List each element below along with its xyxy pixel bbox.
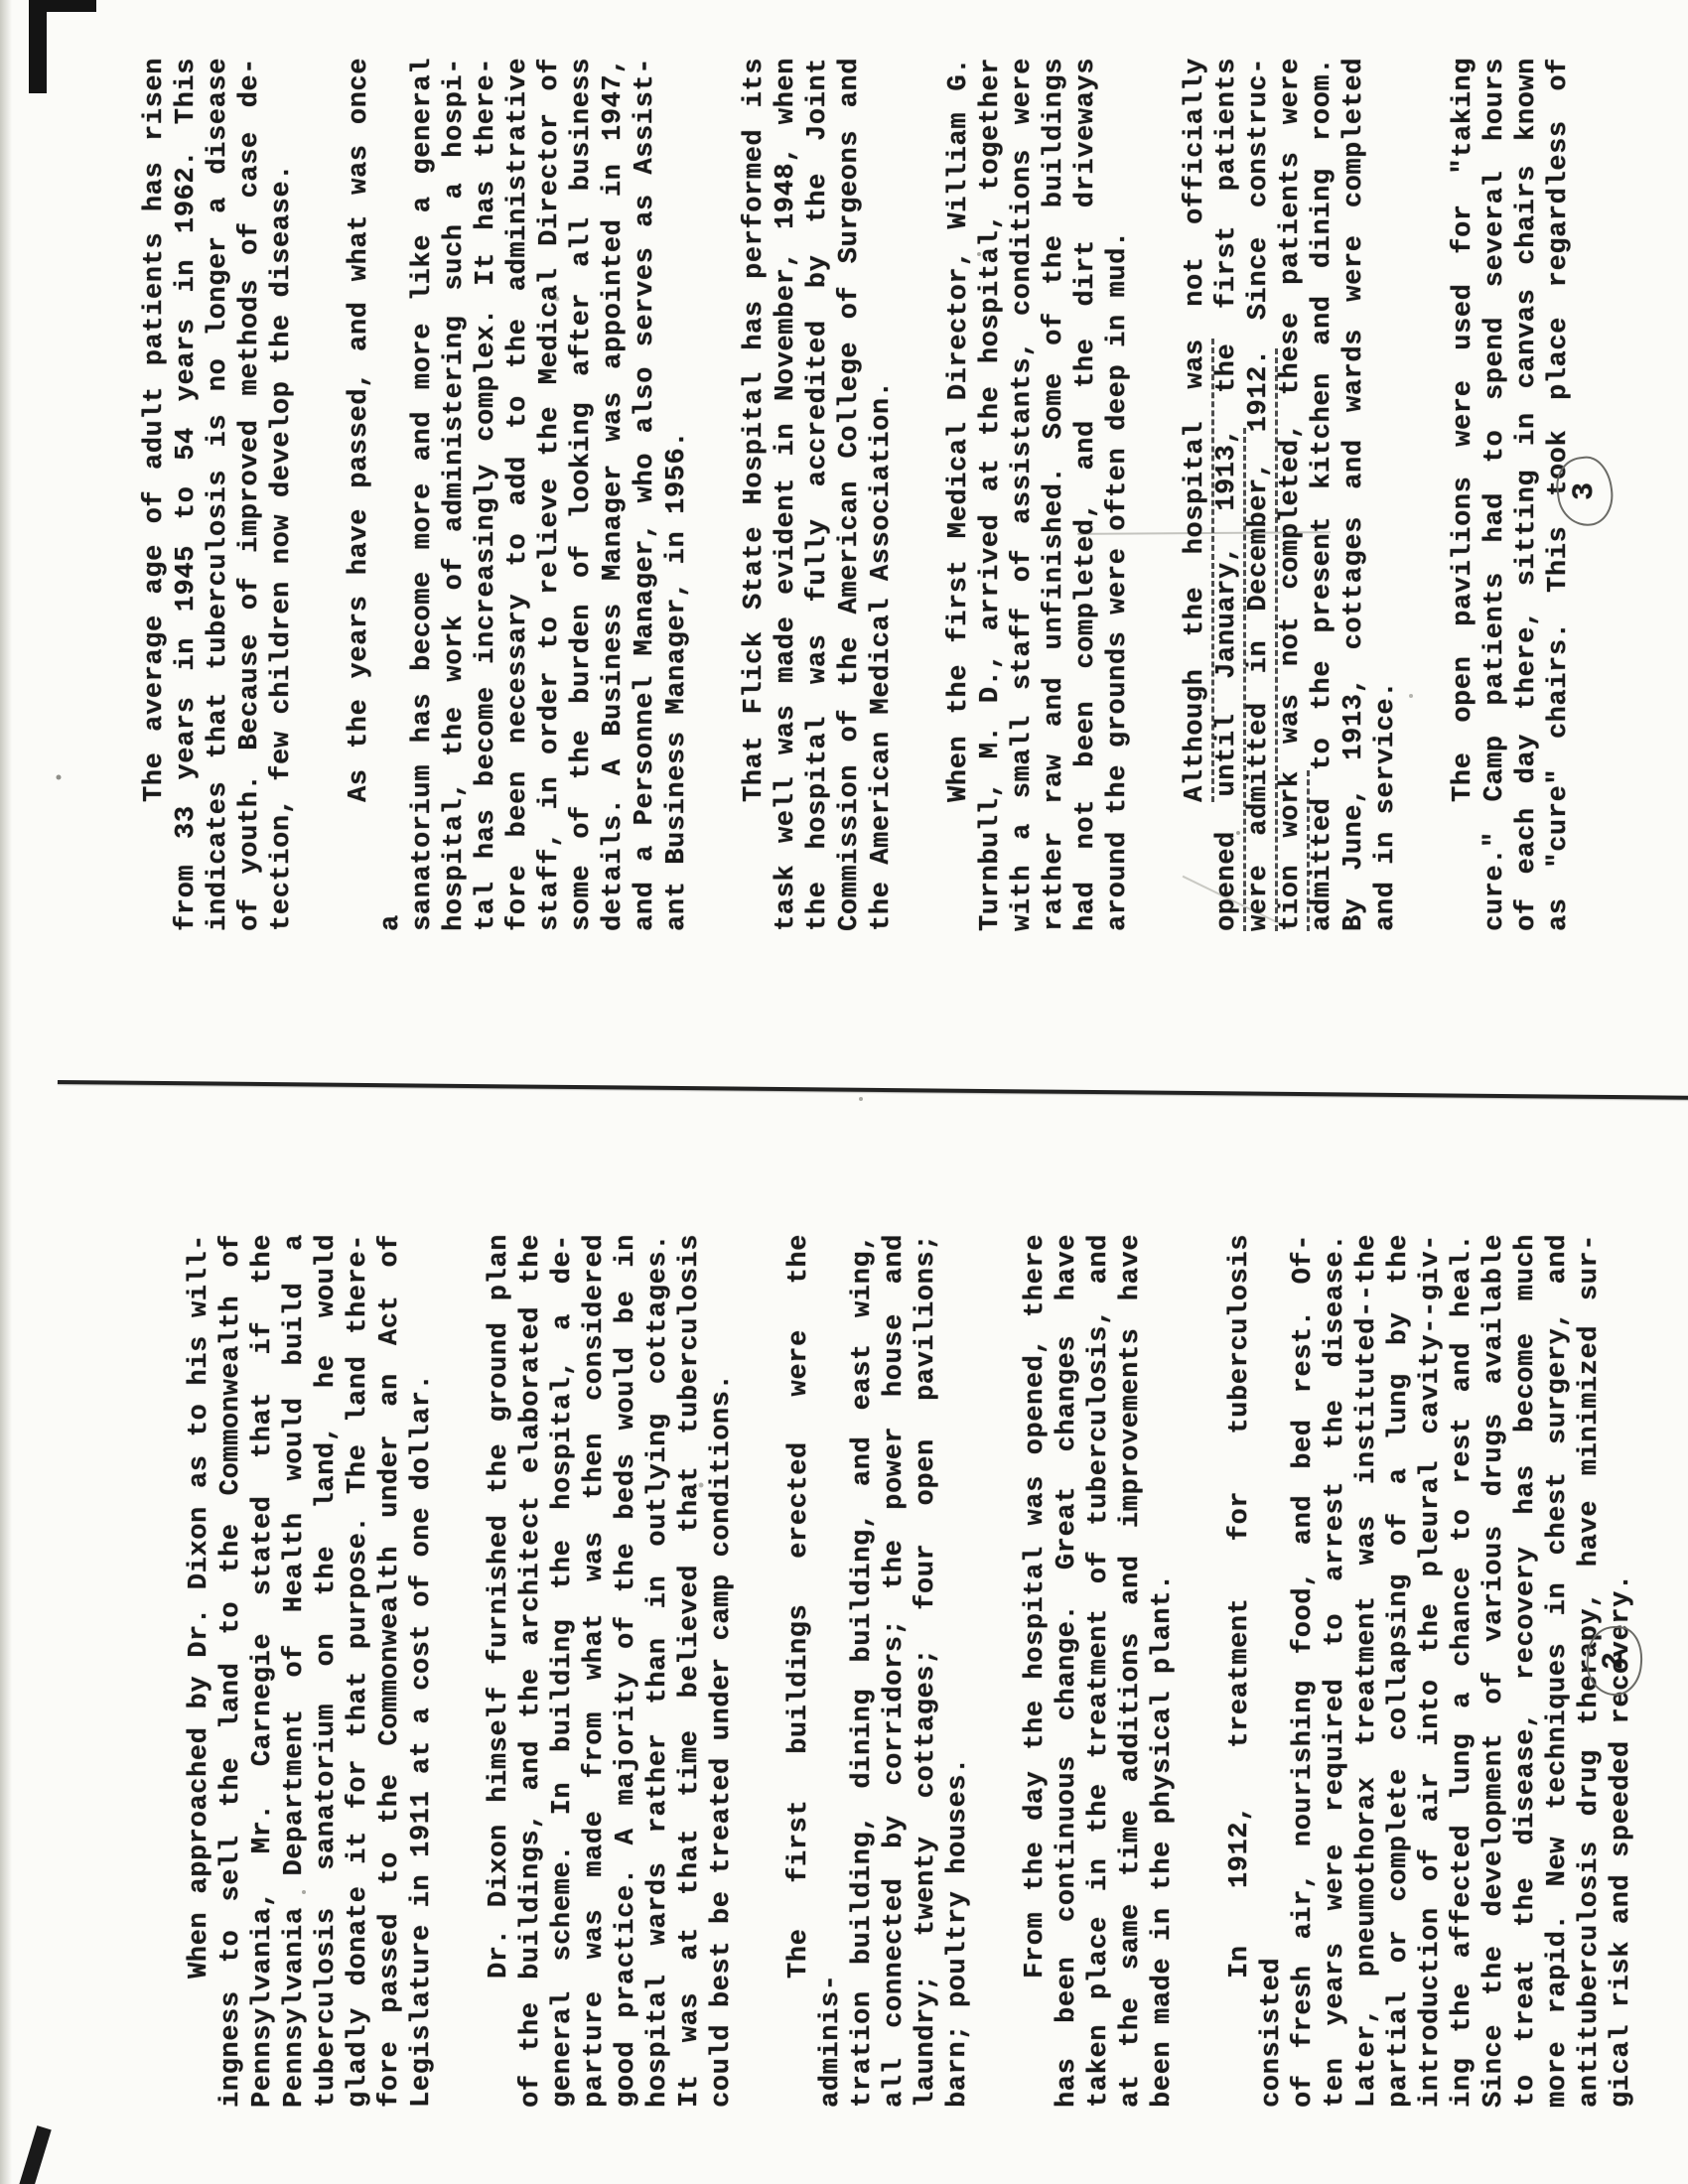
- text-line: of the buildings, and the architect elab…: [515, 1234, 547, 2108]
- scan-edge-shadow: [0, 0, 12, 2184]
- text-segment: As the years have passed, and what was o…: [345, 58, 406, 931]
- text-line: ingness to sell the land to the Commonwe…: [215, 1234, 247, 2108]
- text-segment: taken place in the treatment of tubercul…: [1084, 1234, 1114, 2108]
- page-3: The average age of adult patients has ri…: [139, 58, 1688, 931]
- page-number: 2: [1600, 1652, 1629, 1671]
- text-segment: of fresh air, nourishing food, and bed r…: [1289, 1234, 1319, 2108]
- paragraph: When approached by Dr. Dixon as to his w…: [184, 1234, 438, 2108]
- text-line: from 33 years in 1945 to 54 years in 196…: [171, 58, 203, 931]
- text-line: Since the development of various drugs a…: [1478, 1234, 1510, 2108]
- text-segment: In 1912, treatment for tuberculosis cons…: [1225, 1234, 1287, 2108]
- text-segment: tection, few children now develop the di…: [267, 164, 297, 931]
- text-segment: Pennsylvania Department of Health would …: [280, 1234, 310, 2108]
- text-line: cure." Camp patients had to spend severa…: [1479, 58, 1511, 931]
- text-segment: partial or complete collapsing of a lung…: [1384, 1234, 1414, 2108]
- text-segment: to treat the disease, recovery has becom…: [1511, 1234, 1541, 2108]
- text-segment: When the first Medical Director, William…: [944, 58, 974, 802]
- text-line: tuberculosis sanatorium on the land, he …: [311, 1234, 343, 2108]
- text-line: all connected by corridors; the power ho…: [879, 1234, 911, 2108]
- text-segment: and in service.: [1371, 681, 1401, 931]
- text-line: That Flick State Hospital has performed …: [739, 58, 771, 931]
- text-segment: with a small staff of assistants, condit…: [1008, 58, 1038, 931]
- scan-corner-mark: [29, 0, 47, 93]
- text-segment: When approached by Dr. Dixon as to his w…: [185, 1234, 214, 1979]
- text-line: The average age of adult patients has ri…: [139, 58, 171, 931]
- text-line: hospital wards rather than in outlying c…: [642, 1234, 674, 2108]
- text-segment: general scheme. In building the hospital…: [548, 1234, 578, 2108]
- text-line: It was at that time believed that tuberc…: [674, 1234, 706, 2108]
- text-segment: of each day there, sitting in canvas cha…: [1512, 58, 1542, 931]
- text-segment: good practice. A majority of the beds wo…: [612, 1234, 641, 2108]
- text-segment: the hospital was fully accredited by the…: [803, 58, 833, 931]
- text-line: ten years were required to arrest the di…: [1320, 1234, 1351, 2108]
- text-segment: has been continuous change. Great change…: [1053, 1234, 1082, 2108]
- text-segment: Legislature in 1911 at a cost of one dol…: [407, 1374, 437, 2108]
- text-segment: from 33 years in 1945 to 54 years in 196…: [172, 58, 202, 931]
- text-line: staff, in order to relieve the Medical D…: [534, 58, 566, 931]
- text-segment: Turnbull, M. D., arrived at the hospital…: [976, 58, 1006, 931]
- text-segment: Pennsylvania, Mr. Carnegie stated that i…: [248, 1234, 278, 2108]
- text-segment: The first buildings erected were the adm…: [784, 1234, 846, 2108]
- text-line: ing the affected lung a chance to rest a…: [1447, 1234, 1478, 2108]
- text-line: tration building, dining building, and e…: [847, 1234, 879, 2108]
- text-segment: indicates that tuberculosis is no longer…: [204, 58, 233, 931]
- text-line: From the day the hospital was opened, th…: [1020, 1234, 1052, 2108]
- text-line: task well was made evident in November, …: [771, 58, 802, 931]
- text-line: barn; poultry houses.: [942, 1234, 974, 2108]
- text-segment: hospital, the work of administering such…: [440, 58, 470, 931]
- pen-underline: opened until January, 1913,: [1212, 428, 1246, 931]
- text-line: Pennsylvania, Mr. Carnegie stated that i…: [247, 1234, 279, 2108]
- text-segment: rather raw and unfinished. Some of the b…: [1040, 58, 1069, 931]
- text-segment: sanatorium has become more and more like…: [408, 58, 438, 931]
- text-line: laundry; twenty cottages; four open pavi…: [911, 1234, 942, 2108]
- text-segment: By June, 1913, cottages and wards were c…: [1339, 58, 1369, 931]
- text-line: In 1912, treatment for tuberculosis cons…: [1224, 1234, 1288, 2108]
- text-line: Turnbull, M. D., arrived at the hospital…: [975, 58, 1007, 931]
- text-line: more rapid. New techniques in chest surg…: [1542, 1234, 1574, 2108]
- text-line: tal has become increasingly complex. It …: [471, 58, 502, 931]
- paragraph: The average age of adult patients has ri…: [139, 58, 298, 931]
- page-text: The average age of adult patients has ri…: [139, 58, 1575, 931]
- text-segment: details. A Business Manager was appointe…: [599, 58, 629, 931]
- text-line: general scheme. In building the hospital…: [547, 1234, 579, 2108]
- paragraph: Dr. Dixon himself furnished the ground p…: [484, 1234, 738, 2108]
- text-line: the hospital was fully accredited by the…: [802, 58, 834, 931]
- text-line: has been continuous change. Great change…: [1052, 1234, 1083, 2108]
- text-segment: The average age of adult patients has ri…: [140, 58, 170, 802]
- text-line: opened until January, 1913, the first pa…: [1211, 58, 1243, 931]
- text-segment: more rapid. New techniques in chest surg…: [1543, 1234, 1573, 2108]
- text-segment: It was at that time believed that tuberc…: [675, 1234, 705, 2108]
- text-line: details. A Business Manager was appointe…: [598, 58, 630, 931]
- text-line: partial or complete collapsing of a lung…: [1383, 1234, 1415, 2108]
- pen-underline: tion work: [1276, 770, 1310, 931]
- text-segment: ten years were required to arrest the di…: [1321, 1234, 1350, 2108]
- text-line: gladly donate it for that purpose. The l…: [343, 1234, 374, 2108]
- page-divider-line: [58, 1080, 1688, 1099]
- scan-noise-specks: [0, 0, 2, 2]
- paragraph: That Flick State Hospital has performed …: [739, 58, 898, 931]
- text-line: some of the burden of looking after all …: [566, 58, 598, 931]
- text-line: rather raw and unfinished. Some of the b…: [1039, 58, 1070, 931]
- text-line: taken place in the treatment of tubercul…: [1083, 1234, 1115, 2108]
- text-segment: not officially: [1181, 58, 1210, 339]
- text-segment: ingness to sell the land to the Commonwe…: [216, 1234, 246, 2108]
- text-line: As the years have passed, and what was o…: [344, 58, 407, 931]
- text-segment: Since the development of various drugs a…: [1479, 1234, 1509, 2108]
- text-segment: of the buildings, and the architect elab…: [516, 1234, 546, 2108]
- text-line: the American Medical Association.: [866, 58, 898, 931]
- text-segment: the American Medical Association.: [867, 381, 897, 932]
- text-line: fore been necessary to add to the admini…: [502, 58, 534, 931]
- text-segment: admitted to the present kitchen and dini…: [1308, 58, 1337, 931]
- text-line: When approached by Dr. Dixon as to his w…: [184, 1234, 215, 2108]
- text-line: had not been completed, and the dirt dri…: [1070, 58, 1102, 931]
- text-segment: of youth. Because of improved methods of…: [235, 58, 265, 931]
- text-segment: Dr. Dixon himself furnished the ground p…: [485, 1234, 514, 1979]
- text-line: When the first Medical Director, William…: [943, 58, 975, 931]
- text-line: Although the hospital was not officially: [1180, 58, 1211, 931]
- text-segment: Since construc-: [1244, 58, 1274, 348]
- text-line: indicates that tuberculosis is no longer…: [203, 58, 234, 931]
- text-line: been made in the physical plant.: [1147, 1234, 1179, 2108]
- text-line: and a Personnel Manager, who also serves…: [630, 58, 661, 931]
- text-segment: could best be treated under camp conditi…: [707, 1374, 737, 2108]
- text-segment: barn; poultry houses.: [943, 1757, 973, 2108]
- text-line: ant Business Manager, in 1956.: [661, 58, 693, 931]
- text-line: introduction of air into the pleural cav…: [1415, 1234, 1447, 2108]
- text-segment: ant Business Manager, in 1956.: [662, 431, 692, 931]
- text-line: and in service.: [1370, 58, 1402, 931]
- text-segment: parture was made from what was then cons…: [580, 1234, 610, 2108]
- page-text: When approached by Dr. Dixon as to his w…: [184, 1234, 1637, 2108]
- text-segment: introduction of air into the pleural cav…: [1416, 1234, 1446, 2108]
- paragraph: When the first Medical Director, William…: [943, 58, 1134, 931]
- text-line: could best be treated under camp conditi…: [706, 1234, 738, 2108]
- text-line: sanatorium has become more and more like…: [407, 58, 439, 931]
- text-line: The first buildings erected were the adm…: [783, 1234, 847, 2108]
- text-segment: ing the affected lung a chance to rest a…: [1448, 1234, 1477, 2108]
- text-segment: That Flick State Hospital has performed …: [740, 58, 770, 802]
- text-line: to treat the disease, recovery has becom…: [1510, 1234, 1542, 2108]
- text-segment: tuberculosis sanatorium on the land, he …: [312, 1234, 342, 2108]
- paragraph: Although the hospital was not officially…: [1180, 58, 1402, 931]
- paragraph: As the years have passed, and what was o…: [344, 58, 693, 931]
- text-line: fore passed to the Commonwealth under an…: [374, 1234, 406, 2108]
- paragraph: In 1912, treatment for tuberculosis cons…: [1224, 1234, 1637, 2108]
- text-segment: Later, pneumothorax treatment was instit…: [1352, 1234, 1382, 2108]
- text-line: Later, pneumothorax treatment was instit…: [1351, 1234, 1383, 2108]
- text-line: parture was made from what was then cons…: [579, 1234, 611, 2108]
- text-segment: cure." Camp patients had to spend severa…: [1480, 58, 1510, 931]
- text-segment: at the same time additions and improveme…: [1116, 1234, 1146, 2108]
- pen-underline: were admitted in December, 1912.: [1244, 348, 1278, 931]
- text-line: Legislature in 1911 at a cost of one dol…: [406, 1234, 438, 2108]
- text-segment: The open pavilions were used for "taking: [1449, 58, 1478, 802]
- pen-underline: Although the hospital was: [1181, 339, 1214, 802]
- text-segment: around the grounds were often deep in mu…: [1103, 230, 1133, 931]
- text-segment: fore been necessary to add to the admini…: [503, 58, 533, 931]
- text-segment: the first patients: [1212, 58, 1242, 428]
- text-line: Dr. Dixon himself furnished the ground p…: [484, 1234, 515, 2108]
- text-segment: staff, in order to relieve the Medical D…: [535, 58, 565, 931]
- text-line: Commission of the American College of Su…: [834, 58, 866, 931]
- text-line: were admitted in December, 1912. Since c…: [1243, 58, 1275, 931]
- scan-corner-mark: [29, 0, 96, 12]
- text-segment: laundry; twenty cottages; four open pavi…: [912, 1234, 941, 2108]
- text-line: Pennsylvania Department of Health would …: [279, 1234, 311, 2108]
- text-segment: had not been completed, and the dirt dri…: [1071, 58, 1101, 931]
- text-segment: tration building, dining building, and e…: [848, 1234, 878, 2108]
- text-line: around the grounds were often deep in mu…: [1102, 58, 1134, 931]
- text-segment: task well was made evident in November, …: [772, 58, 801, 931]
- page-number: 3: [1570, 482, 1600, 501]
- text-line: By June, 1913, cottages and wards were c…: [1338, 58, 1370, 931]
- text-segment: hospital wards rather than in outlying c…: [643, 1234, 673, 2108]
- text-segment: been made in the physical plant.: [1148, 1573, 1178, 2108]
- text-segment: some of the burden of looking after all …: [567, 58, 597, 931]
- text-line: tion work was not completed, these patie…: [1275, 58, 1307, 931]
- text-segment: was not completed, these patients were: [1276, 58, 1306, 770]
- text-line: at the same time additions and improveme…: [1115, 1234, 1147, 2108]
- text-line: of youth. Because of improved methods of…: [234, 58, 266, 931]
- text-segment: all connected by corridors; the power ho…: [880, 1234, 910, 2108]
- text-line: admitted to the present kitchen and dini…: [1307, 58, 1338, 931]
- paragraph: From the day the hospital was opened, th…: [1020, 1234, 1179, 2108]
- text-segment: and a Personnel Manager, who also serves…: [631, 58, 660, 931]
- paragraph: The first buildings erected were the adm…: [783, 1234, 974, 2108]
- text-line: tection, few children now develop the di…: [266, 58, 298, 931]
- text-line: of each day there, sitting in canvas cha…: [1511, 58, 1543, 931]
- paragraph: The open pavilions were used for "taking…: [1448, 58, 1575, 931]
- text-segment: tal has become increasingly complex. It …: [472, 58, 501, 931]
- scan-corner-mark: [19, 2125, 51, 2184]
- text-line: of fresh air, nourishing food, and bed r…: [1288, 1234, 1320, 2108]
- text-line: hospital, the work of administering such…: [439, 58, 471, 931]
- scanned-sheet: The average age of adult patients has ri…: [0, 0, 1688, 2184]
- text-line: good practice. A majority of the beds wo…: [611, 1234, 642, 2108]
- text-segment: Commission of the American College of Su…: [835, 58, 865, 931]
- text-segment: fore passed to the Commonwealth under an…: [375, 1234, 405, 2108]
- text-line: The open pavilions were used for "taking: [1448, 58, 1479, 931]
- text-segment: gladly donate it for that purpose. The l…: [344, 1234, 373, 2108]
- text-segment: From the day the hospital was opened, th…: [1021, 1234, 1051, 1979]
- text-line: with a small staff of assistants, condit…: [1007, 58, 1039, 931]
- page-2: When approached by Dr. Dixon as to his w…: [184, 1234, 1688, 2108]
